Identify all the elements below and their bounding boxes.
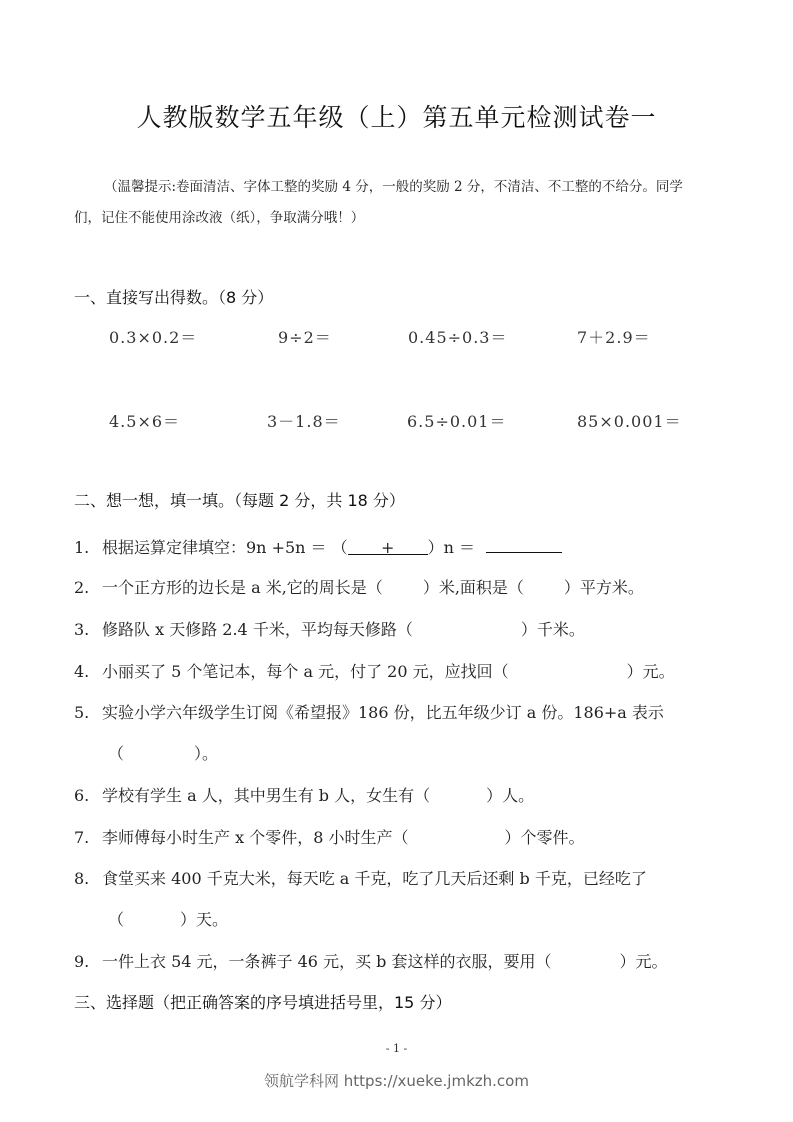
answer-blank[interactable]: + [348,538,428,555]
footer-watermark: 领航学科网 https://xueke.jmkzh.com [0,1070,793,1091]
question-6: 6.学校有学生 a 人，其中男生有 b 人，女生有（）人。 [74,783,534,806]
calc-item: 85×0.001＝ [577,409,682,432]
question-5-continued: （）。 [108,741,218,764]
reminder-line-1: （温馨提示:卷面清洁、字体工整的奖励 4 分，一般的奖励 2 分，不清洁、不工整… [74,172,734,203]
section-3-heading: 三、选择题（把正确答案的序号填进括号里，15 分） [74,990,451,1013]
reminder-line-2: 们，记住不能使用涂改液（纸），争取满分哦！） [74,210,364,226]
reminder-note: （温馨提示:卷面清洁、字体工整的奖励 4 分，一般的奖励 2 分，不清洁、不工整… [74,172,734,234]
page-title: 人教版数学五年级（上）第五单元检测试卷一 [0,98,793,134]
calc-item: 4.5×6＝ [109,409,180,432]
question-8-continued: （）天。 [108,907,228,930]
question-1: 1.根据运算定律填空：9n +5n ＝ （+）n ＝ [74,535,562,558]
calc-item: 0.45÷0.3＝ [408,325,507,348]
question-4: 4.小丽买了 5 个笔记本，每个 a 元，付了 20 元，应找回（）元。 [74,659,675,682]
question-2: 2.一个正方形的边长是 a 米,它的周长是（）米,面积是（）平方米。 [74,575,644,598]
question-5: 5.实验小学六年级学生订阅《希望报》186 份，比五年级少订 a 份。186+a… [74,700,664,723]
answer-blank[interactable] [486,536,562,553]
calc-item: 7＋2.9＝ [577,325,651,348]
question-7: 7.李师傅每小时生产 x 个零件，8 小时生产（）个零件。 [74,825,584,848]
page-number: - 1 - [0,1042,793,1055]
calc-item: 0.3×0.2＝ [109,325,197,348]
exam-page: 人教版数学五年级（上）第五单元检测试卷一 （温馨提示:卷面清洁、字体工整的奖励 … [0,0,793,1122]
question-3: 3.修路队 x 天修路 2.4 千米，平均每天修路（）千米。 [74,617,585,640]
calc-item: 9÷2＝ [278,325,332,348]
question-8: 8.食堂买来 400 千克大米，每天吃 a 千克，吃了几天后还剩 b 千克，已经… [74,866,647,889]
section-1-heading: 一、直接写出得数。（8 分） [74,285,273,308]
section-2-heading: 二、想一想，填一填。（每题 2 分，共 18 分） [74,488,405,511]
question-9: 9.一件上衣 54 元，一条裤子 46 元，买 b 套这样的衣服，要用（）元。 [74,949,668,972]
calc-item: 6.5÷0.01＝ [407,409,506,432]
calc-item: 3－1.8＝ [267,409,341,432]
